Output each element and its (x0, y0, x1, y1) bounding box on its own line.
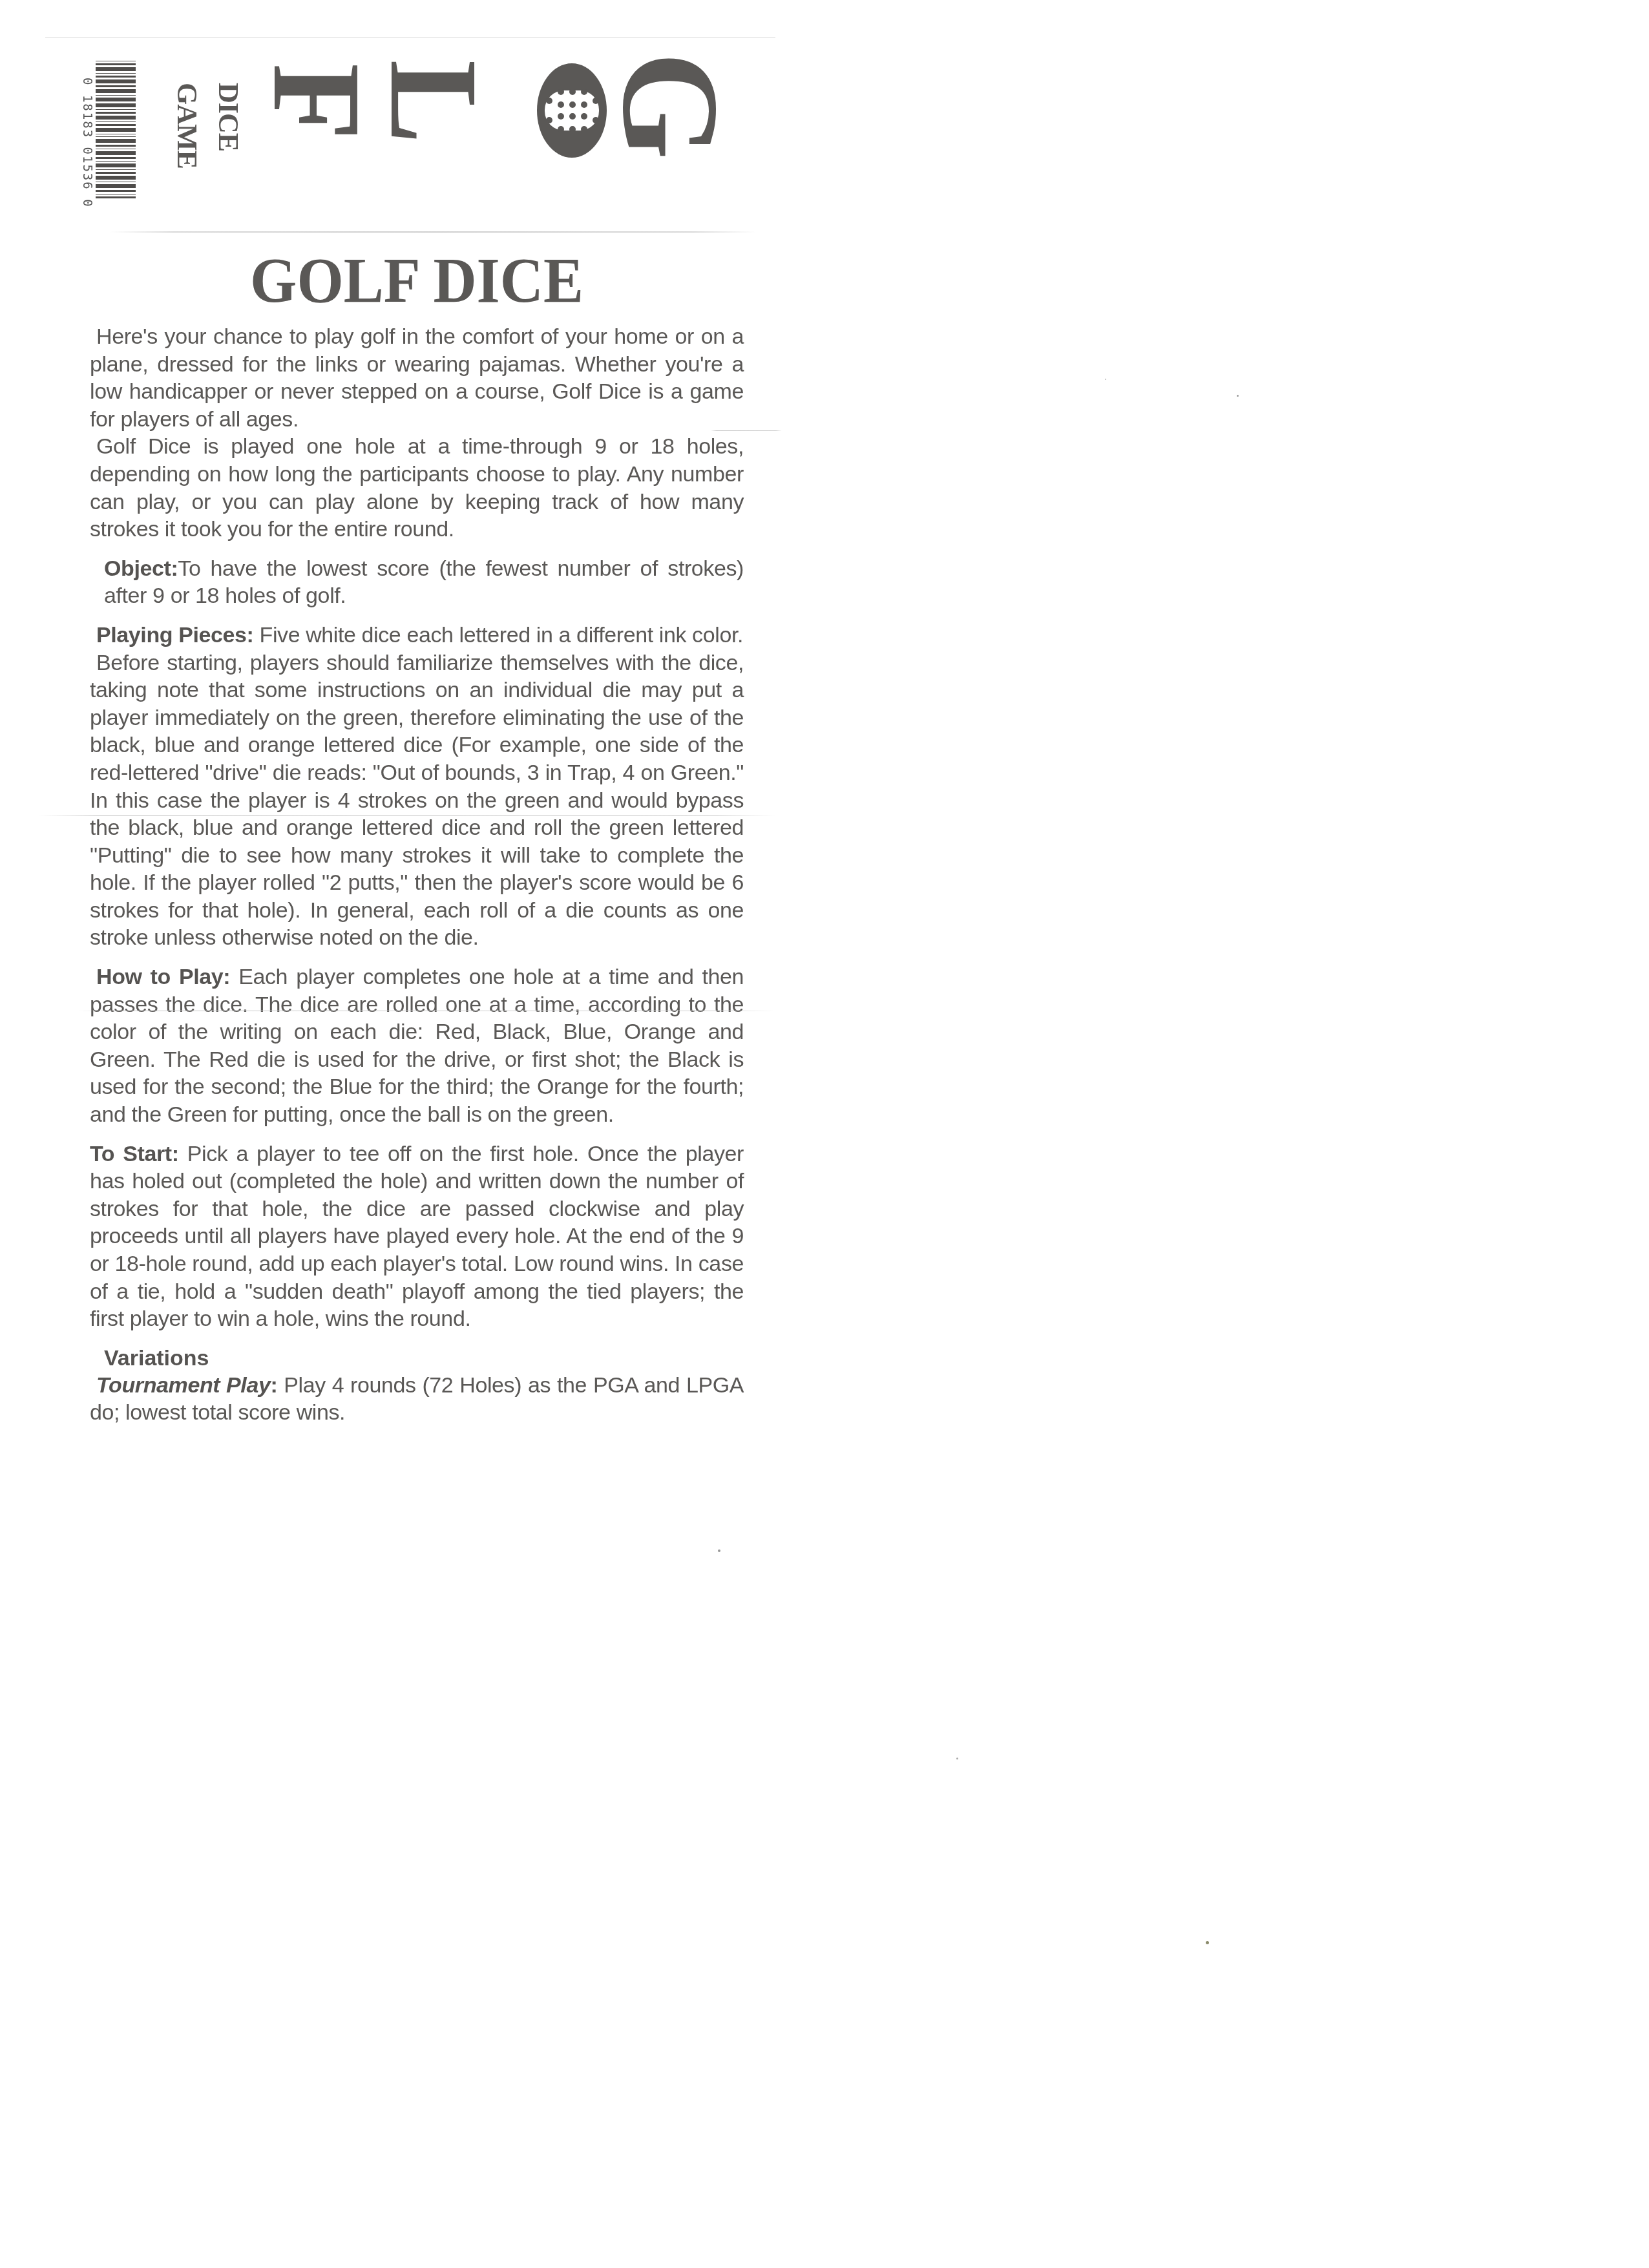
fold-line (39, 815, 775, 816)
object-section: Object:To have the lowest score (the few… (90, 555, 744, 610)
barcode: 0 18183 01536 0 (76, 49, 141, 236)
fold-line (78, 1011, 775, 1011)
tournament-play-section: Tournament Play: Play 4 rounds (72 Holes… (90, 1372, 744, 1427)
logo-subtitle: DICE GAME (171, 83, 249, 212)
playing-pieces-text: Five white dice each lettered in a diffe… (253, 623, 743, 647)
to-start-text: Pick a player to tee off on the first ho… (90, 1142, 744, 1332)
intro-paragraph-1: Here's your chance to play golf in the c… (90, 323, 744, 433)
intro-paragraph-2: Golf Dice is played one hole at a time-t… (90, 433, 744, 543)
rules-document: GOLF DICE Here's your chance to play gol… (90, 243, 744, 1427)
object-text: To have the lowest score (the fewest num… (104, 556, 744, 609)
logo-letter-l: L (370, 59, 496, 143)
scan-speck (1105, 379, 1106, 380)
playing-pieces-details: Before starting, players should familiar… (90, 649, 744, 952)
scan-speck (956, 1758, 958, 1759)
tournament-play-colon: : (270, 1373, 277, 1398)
barcode-digits: 0 18183 01536 0 (76, 49, 94, 236)
torn-edge (110, 231, 756, 233)
tournament-play-label: Tournament Play (96, 1373, 270, 1398)
object-label: Object: (104, 556, 178, 581)
scan-speck (718, 1549, 720, 1552)
page-top-edge (45, 37, 775, 38)
document-title: GOLF DICE (112, 243, 720, 318)
fold-line (711, 430, 782, 431)
variations-heading: Variations (90, 1345, 744, 1372)
logo-letter-g: G (602, 52, 740, 160)
playing-pieces-label: Playing Pieces: (96, 623, 253, 647)
how-to-play-label: How to Play: (96, 965, 230, 989)
logo-subtitle-line-1: DICE (213, 83, 244, 151)
how-to-play-section: How to Play: Each player completes one h… (90, 963, 744, 1129)
scan-speck (1237, 395, 1239, 397)
to-start-label: To Start: (90, 1142, 179, 1166)
logo-subtitle-line-2: GAME (171, 83, 203, 169)
barcode-bars (96, 61, 136, 229)
scan-speck (1206, 1941, 1209, 1944)
logo-strip: 0 18183 01536 0 DICE GAME F L G (65, 45, 737, 233)
logo-letter-f: F (253, 63, 379, 140)
to-start-section: To Start: Pick a player to tee off on th… (90, 1140, 744, 1333)
playing-pieces-section: Playing Pieces: Five white dice each let… (90, 622, 744, 649)
